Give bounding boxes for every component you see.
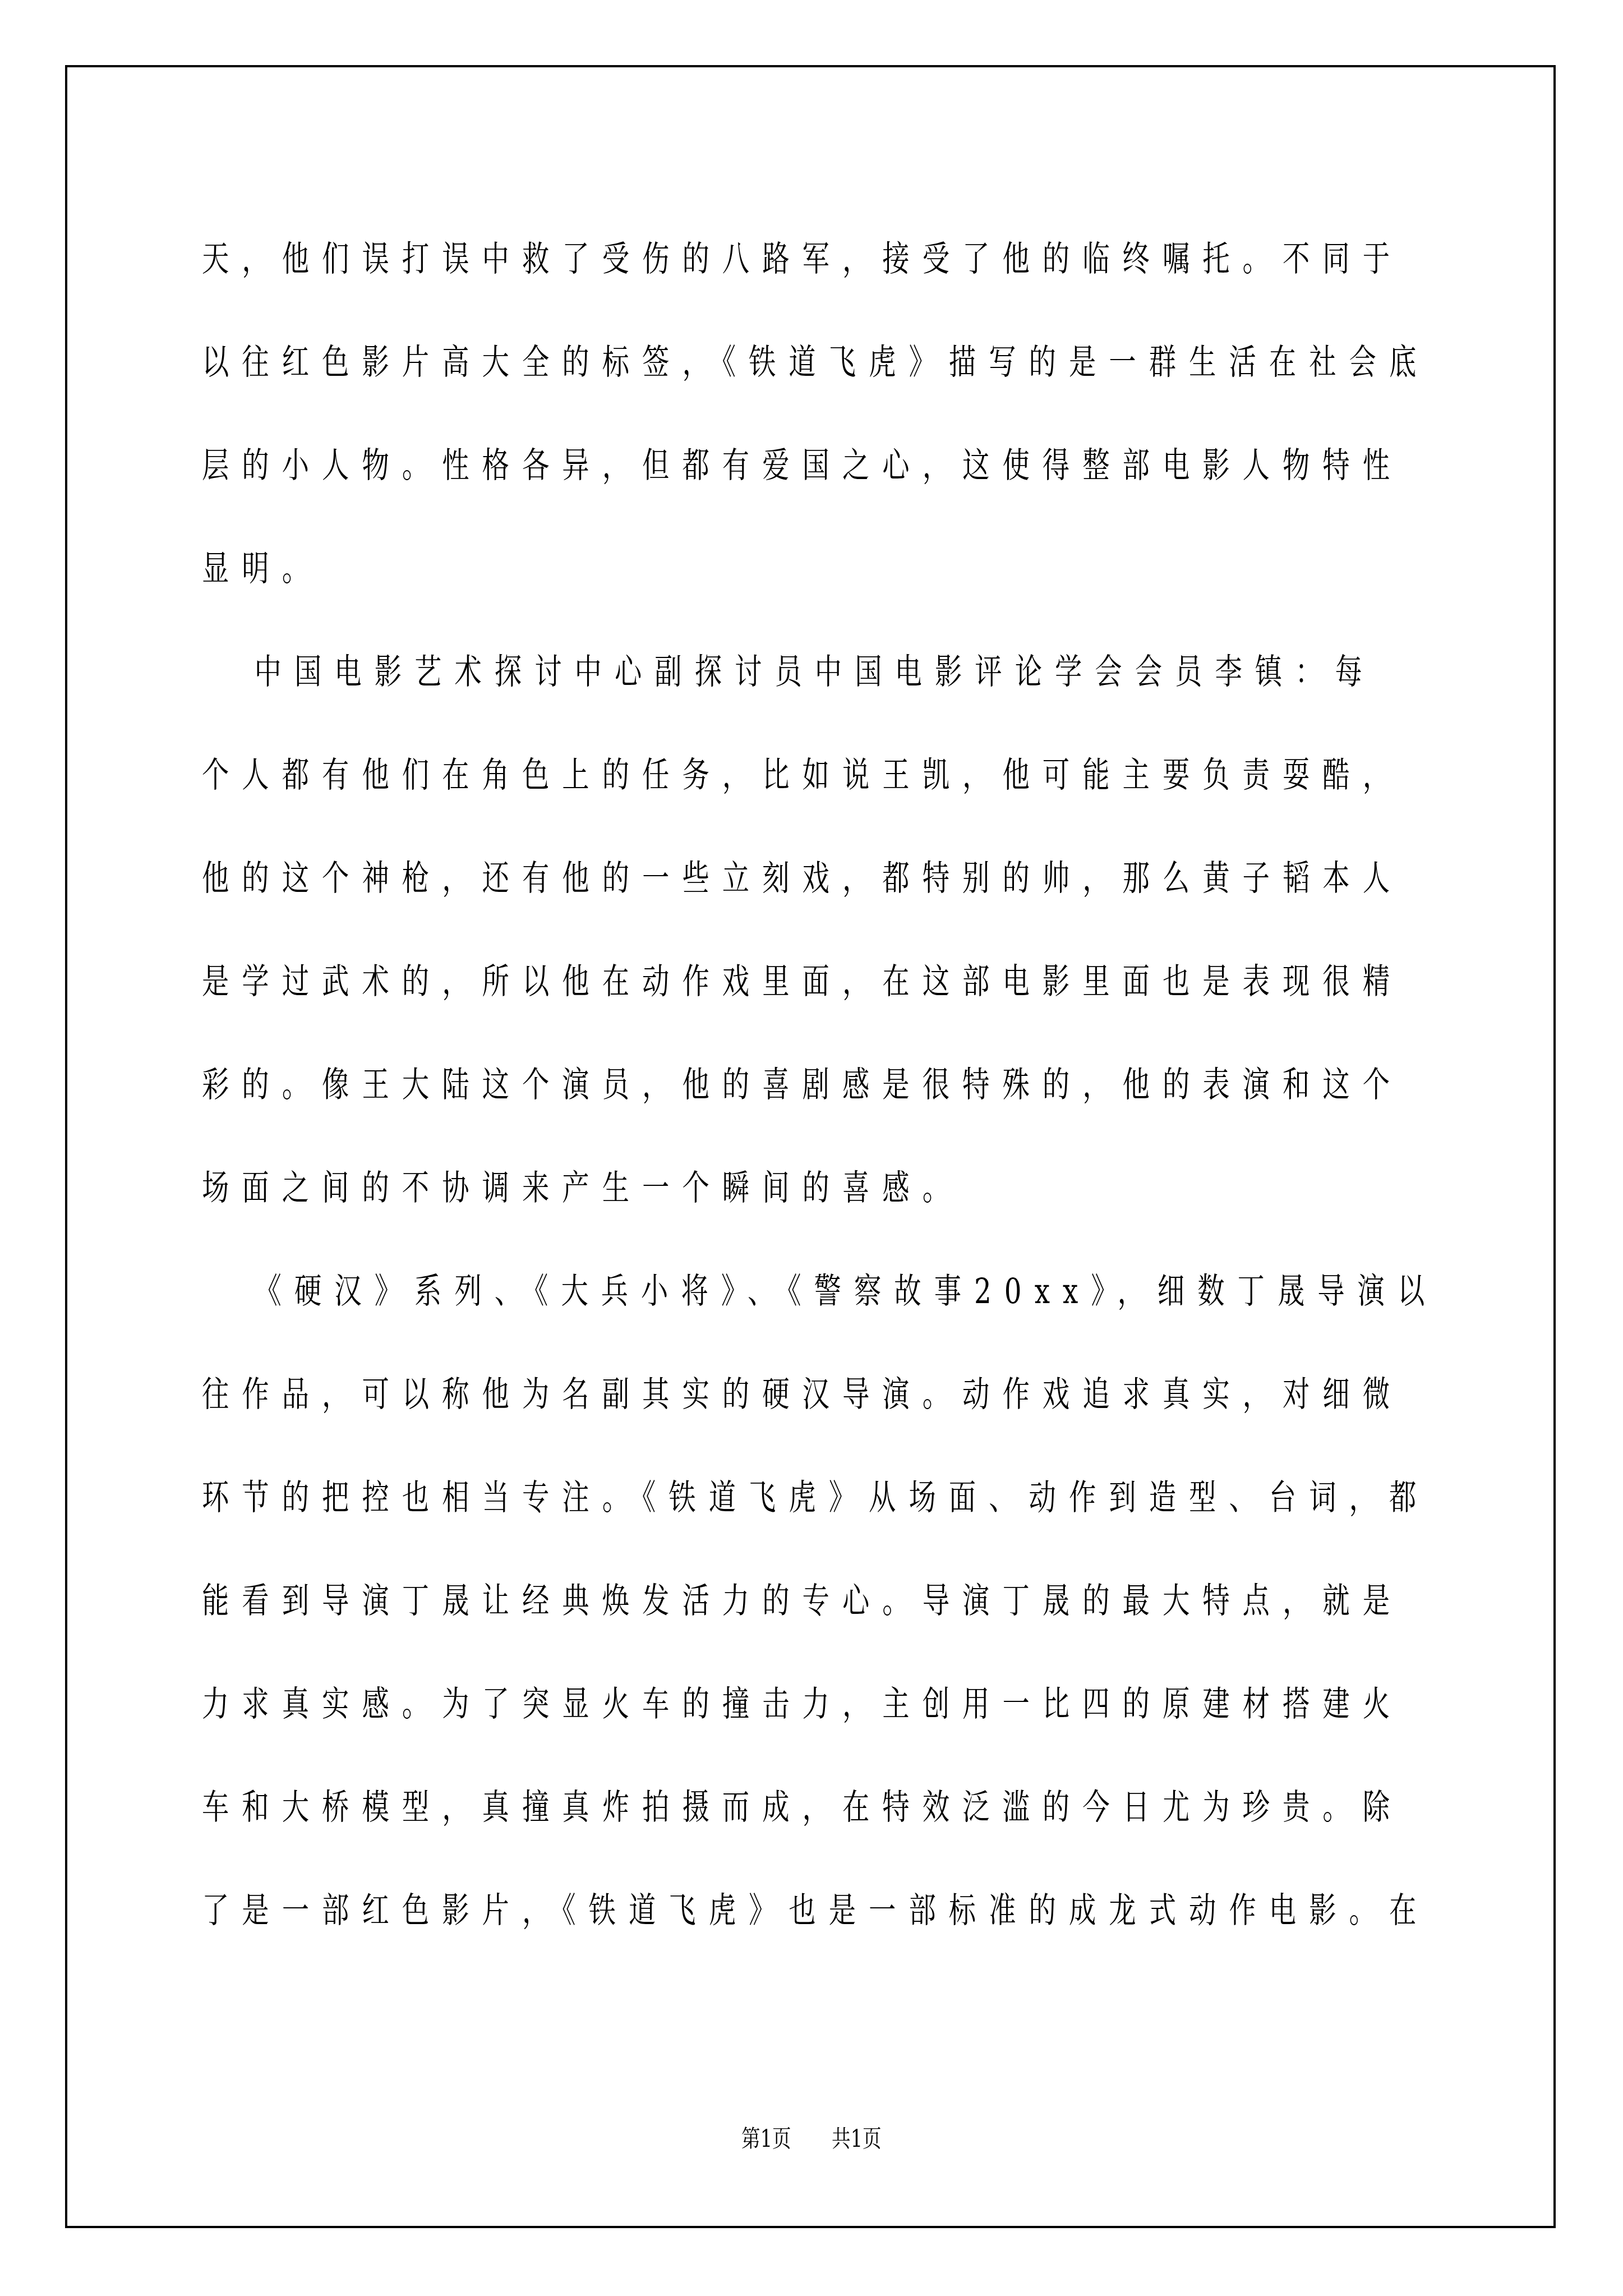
text-line: 显明。 bbox=[202, 517, 1441, 620]
text-line: 以往红色影片高大全的标签，《铁道飞虎》描写的是一群生活在社会底 bbox=[202, 311, 1441, 414]
text-line: 层的小人物。性格各异，但都有爱国之心，这使得整部电影人物特性 bbox=[202, 414, 1441, 517]
page-number-current: 第1页 bbox=[741, 2120, 791, 2154]
text-line: 中国电影艺术探讨中心副探讨员中国电影评论学会会员李镇：每 bbox=[202, 620, 1493, 724]
text-line: 《硬汉》系列、《大兵小将》、《警察故事20xx》，细数丁晟导演以 bbox=[202, 1240, 1493, 1343]
text-line: 个人都有他们在角色上的任务，比如说王凯，他可能主要负责耍酷， bbox=[202, 724, 1441, 827]
page-footer: 第1页共1页 bbox=[0, 2120, 1623, 2154]
text-line: 车和大桥模型，真撞真炸拍摄而成，在特效泛滥的今日尤为珍贵。除 bbox=[202, 1756, 1441, 1859]
document-body: 天，他们误打误中救了受伤的八路军，接受了他的临终嘱托。不同于 以往红色影片高大全… bbox=[202, 208, 1441, 1962]
text-line: 力求真实感。为了突显火车的撞击力，主创用一比四的原建材搭建火 bbox=[202, 1653, 1441, 1756]
page-number-total: 共1页 bbox=[832, 2120, 882, 2154]
text-line: 彩的。像王大陆这个演员，他的喜剧感是很特殊的，他的表演和这个 bbox=[202, 1033, 1441, 1137]
text-line: 环节的把控也相当专注。《铁道飞虎》从场面、动作到造型、台词，都 bbox=[202, 1446, 1441, 1549]
text-line: 了是一部红色影片，《铁道飞虎》也是一部标准的成龙式动作电影。在 bbox=[202, 1859, 1441, 1962]
text-line: 是学过武术的，所以他在动作戏里面，在这部电影里面也是表现很精 bbox=[202, 930, 1441, 1033]
text-line: 场面之间的不协调来产生一个瞬间的喜感。 bbox=[202, 1137, 1441, 1240]
text-line: 他的这个神枪，还有他的一些立刻戏，都特别的帅，那么黄子韬本人 bbox=[202, 827, 1441, 930]
text-line: 天，他们误打误中救了受伤的八路军，接受了他的临终嘱托。不同于 bbox=[202, 208, 1441, 311]
text-line: 往作品，可以称他为名副其实的硬汉导演。动作戏追求真实，对细微 bbox=[202, 1343, 1441, 1446]
text-line: 能看到导演丁晟让经典焕发活力的专心。导演丁晟的最大特点，就是 bbox=[202, 1549, 1441, 1653]
